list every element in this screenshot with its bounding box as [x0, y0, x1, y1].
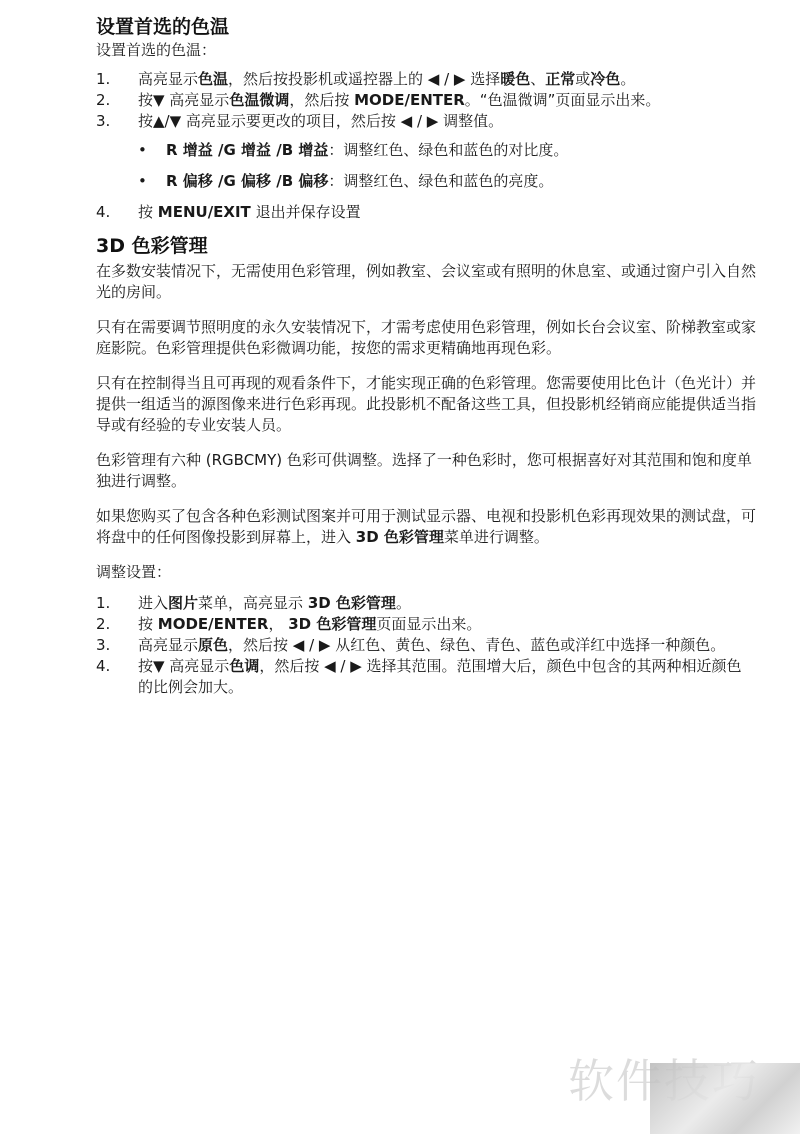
bullet-icon: • — [138, 171, 166, 192]
bullet-item: •R 增益 /G 增益 /B 增益：调整红色、绿色和蓝色的对比度。 — [138, 140, 756, 161]
section-title-3d-color: 3D 色彩管理 — [96, 233, 756, 259]
paragraph: 只有在控制得当且可再现的观看条件下，才能实现正确的色彩管理。您需要使用比色计（色… — [96, 373, 756, 436]
step-number: 2. — [96, 614, 138, 635]
color-temp-intro: 设置首选的色温： — [96, 40, 756, 61]
step-text: 按 MENU/EXIT 退出并保存设置 — [138, 202, 361, 223]
document-page: 设置首选的色温 设置首选的色温： 1.高亮显示色温，然后按投影机或遥控器上的 ◀… — [96, 14, 756, 698]
bullet-icon: • — [138, 140, 166, 161]
list-item: 3.按▲/▼ 高亮显示要更改的项目，然后按 ◀ / ▶ 调整值。 — [96, 111, 756, 132]
bullet-item: •R 偏移 /G 偏移 /B 偏移：调整红色、绿色和蓝色的亮度。 — [138, 171, 756, 192]
list-item: 2.按 MODE/ENTER， 3D 色彩管理页面显示出来。 — [96, 614, 756, 635]
step-text: 按▲/▼ 高亮显示要更改的项目，然后按 ◀ / ▶ 调整值。 — [138, 111, 503, 132]
paragraph: 只有在需要调节照明度的永久安装情况下，才需考虑使用色彩管理，例如长台会议室、阶梯… — [96, 317, 756, 359]
step-number: 1. — [96, 69, 138, 90]
section-title-color-temp: 设置首选的色温 — [96, 14, 756, 40]
step-number: 2. — [96, 90, 138, 111]
step-number: 3. — [96, 635, 138, 656]
bullet-text: R 偏移 /G 偏移 /B 偏移：调整红色、绿色和蓝色的亮度。 — [166, 171, 553, 192]
list-item: 1.进入图片菜单，高亮显示 3D 色彩管理。 — [96, 593, 756, 614]
list-item: 2.按▼ 高亮显示色温微调，然后按 MODE/ENTER。“色温微调”页面显示出… — [96, 90, 756, 111]
blurred-watermark-overlay — [650, 1063, 800, 1134]
step-number: 3. — [96, 111, 138, 132]
3d-color-steps: 1.进入图片菜单，高亮显示 3D 色彩管理。 2.按 MODE/ENTER， 3… — [96, 593, 756, 698]
list-item: 4.按 MENU/EXIT 退出并保存设置 — [96, 202, 756, 223]
bullet-text: R 增益 /G 增益 /B 增益：调整红色、绿色和蓝色的对比度。 — [166, 140, 568, 161]
step-number: 1. — [96, 593, 138, 614]
step-text: 进入图片菜单，高亮显示 3D 色彩管理。 — [138, 593, 411, 614]
step-text: 高亮显示色温，然后按投影机或遥控器上的 ◀ / ▶ 选择暖色、正常或冷色。 — [138, 69, 635, 90]
list-item: 1.高亮显示色温，然后按投影机或遥控器上的 ◀ / ▶ 选择暖色、正常或冷色。 — [96, 69, 756, 90]
paragraph: 色彩管理有六种 (RGBCMY) 色彩可供调整。选择了一种色彩时，您可根据喜好对… — [96, 450, 756, 492]
step-text: 高亮显示原色，然后按 ◀ / ▶ 从红色、黄色、绿色、青色、蓝色或洋红中选择一种… — [138, 635, 725, 656]
adjust-label: 调整设置： — [96, 562, 756, 583]
step-text: 按▼ 高亮显示色调，然后按 ◀ / ▶ 选择其范围。范围增大后，颜色中包含的其两… — [138, 656, 756, 698]
step-number: 4. — [96, 202, 138, 223]
step-number: 4. — [96, 656, 138, 698]
color-temp-steps: 1.高亮显示色温，然后按投影机或遥控器上的 ◀ / ▶ 选择暖色、正常或冷色。 … — [96, 69, 756, 223]
list-item: 3.高亮显示原色，然后按 ◀ / ▶ 从红色、黄色、绿色、青色、蓝色或洋红中选择… — [96, 635, 756, 656]
list-item: 4.按▼ 高亮显示色调，然后按 ◀ / ▶ 选择其范围。范围增大后，颜色中包含的… — [96, 656, 756, 698]
step-text: 按▼ 高亮显示色温微调，然后按 MODE/ENTER。“色温微调”页面显示出来。 — [138, 90, 660, 111]
step-text: 按 MODE/ENTER， 3D 色彩管理页面显示出来。 — [138, 614, 481, 635]
paragraph: 在多数安装情况下，无需使用色彩管理，例如教室、会议室或有照明的休息室、或通过窗户… — [96, 261, 756, 303]
paragraph: 如果您购买了包含各种色彩测试图案并可用于测试显示器、电视和投影机色彩再现效果的测… — [96, 506, 756, 548]
